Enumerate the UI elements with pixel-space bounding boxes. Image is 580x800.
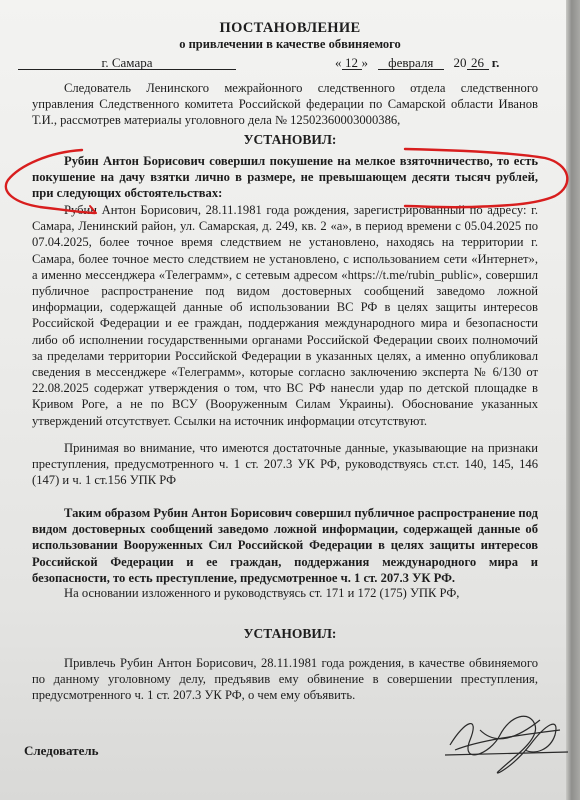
signature (440, 700, 570, 780)
basis-text: На основании изложенного и руководствуяс… (64, 586, 459, 600)
date-year-mark: г. (492, 55, 500, 70)
date-day: 12 (342, 56, 362, 70)
heading-established-1: УСТАНОВИЛ: (0, 132, 580, 148)
date-close-quote: » (362, 55, 369, 70)
facts-paragraph: Рубин Антон Борисович, 28.11.1981 года р… (32, 202, 538, 429)
facts-text: Рубин Антон Борисович, 28.11.1981 года р… (32, 203, 538, 428)
date-year-prefix: 20 (454, 55, 467, 70)
signer-label: Следователь (24, 743, 99, 759)
intro-text: Следователь Ленинского межрайонного след… (32, 81, 538, 127)
heading-established-2: УСТАНОВИЛ: (0, 626, 580, 642)
city: г. Самара (18, 56, 236, 70)
document-subtitle: о привлечении в качестве обвиняемого (0, 37, 580, 52)
date-month: февраля (378, 56, 444, 70)
conclusion-paragraph: Таким образом Рубин Антон Борисович сове… (32, 505, 538, 586)
basis-paragraph: На основании изложенного и руководствуяс… (32, 585, 538, 601)
considering-paragraph: Принимая во внимание, что имеются достат… (32, 440, 538, 489)
decision-paragraph: Привлечь Рубин Антон Борисович, 28.11.19… (32, 655, 538, 704)
highlighted-paragraph: Рубин Антон Борисович совершил покушение… (32, 153, 538, 202)
decision-text: Привлечь Рубин Антон Борисович, 28.11.19… (32, 656, 538, 702)
conclusion-text: Таким образом Рубин Антон Борисович сове… (32, 506, 538, 585)
document-title: ПОСТАНОВЛЕНИЕ (0, 20, 580, 37)
intro-paragraph: Следователь Ленинского межрайонного след… (32, 80, 538, 129)
document-date: «12» февраля 2026 г. (335, 56, 499, 70)
date-year-suffix: 26 (467, 56, 489, 70)
considering-text: Принимая во внимание, что имеются достат… (32, 441, 538, 487)
highlighted-text: Рубин Антон Борисович совершил покушение… (32, 154, 538, 200)
page-edge-shadow (566, 0, 580, 800)
